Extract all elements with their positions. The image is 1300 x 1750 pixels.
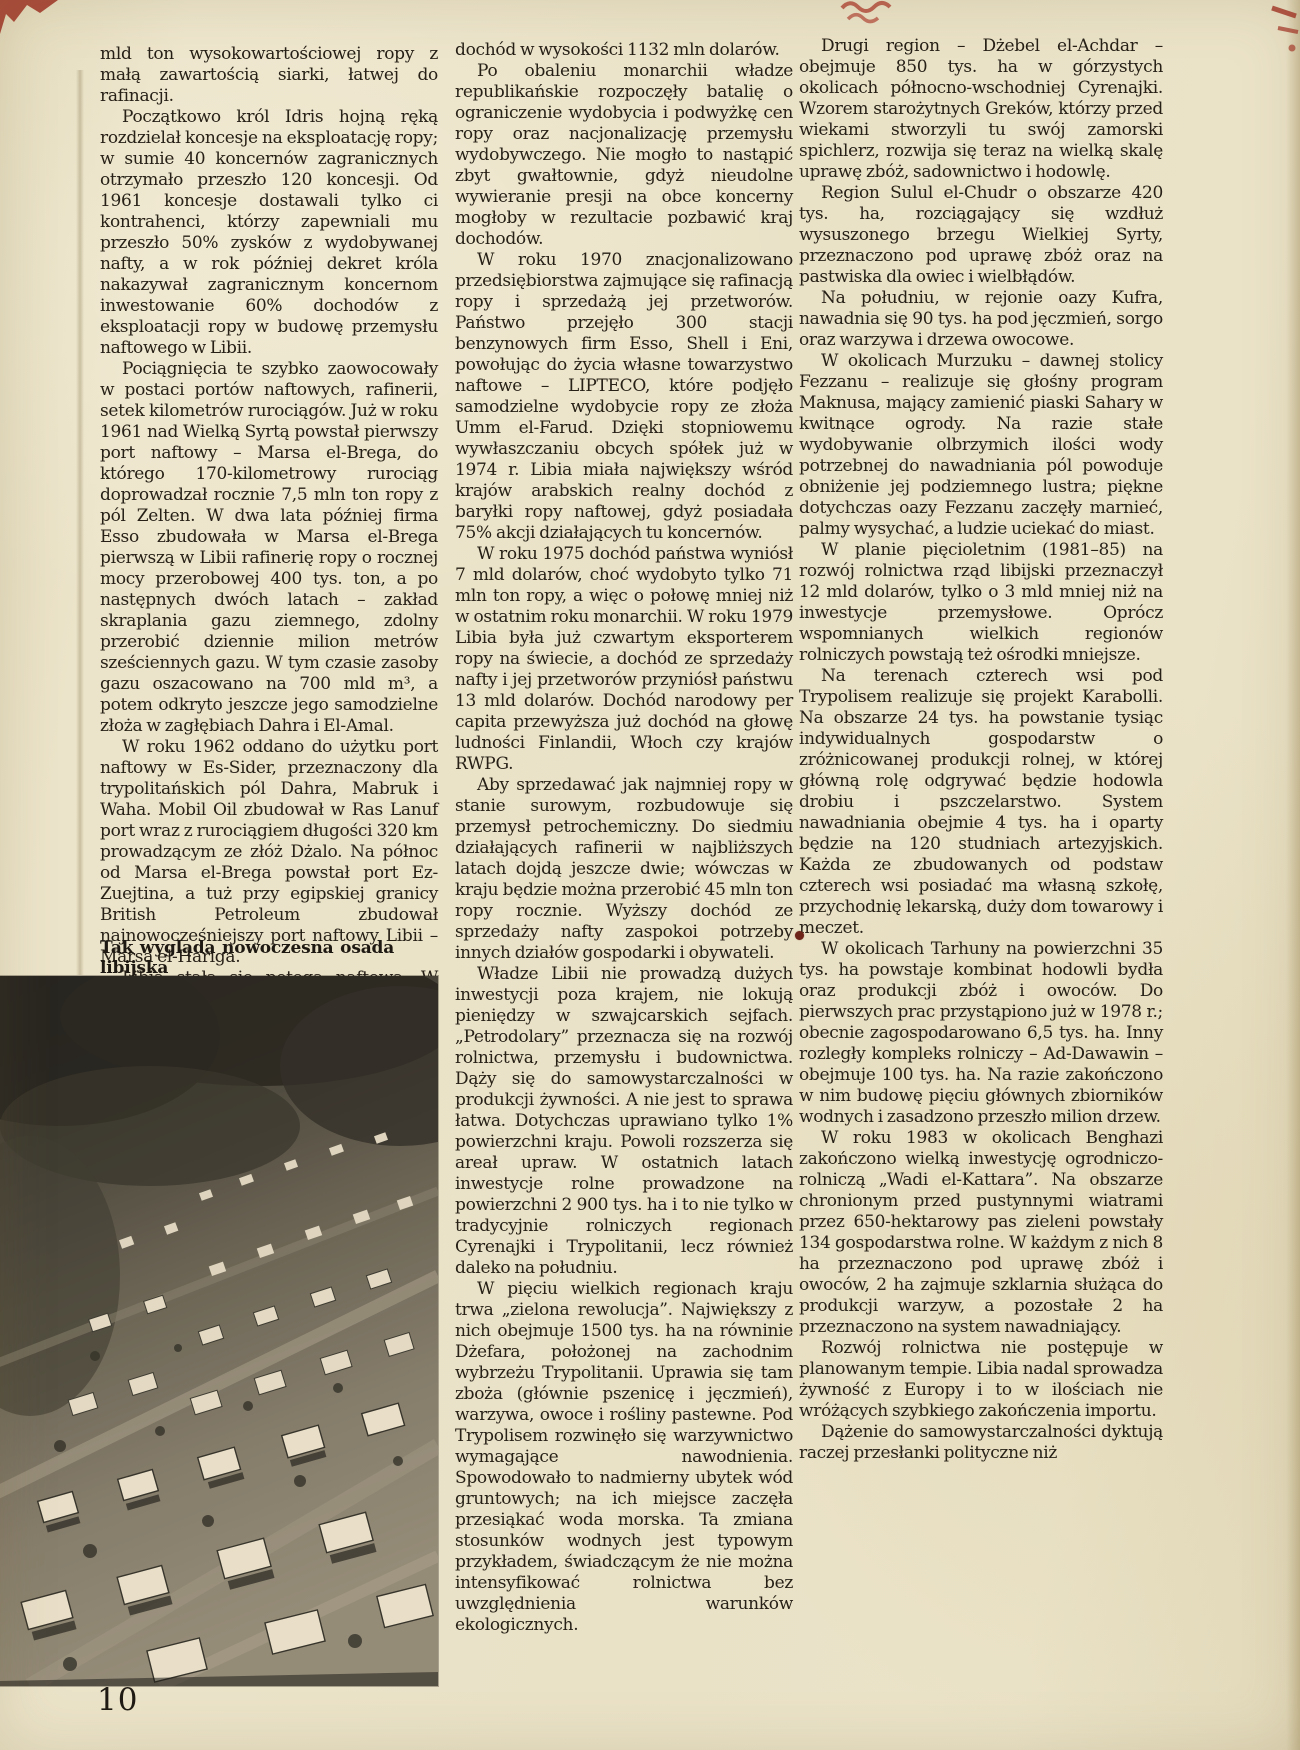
paragraph: Na terenach czterech wsi pod Trypolisem …: [799, 666, 1163, 939]
paragraph: mld ton wysokowartościowej ropy z małą z…: [100, 44, 438, 107]
red-bullet-mark: [795, 931, 804, 940]
column-3: Drugi region – Dżebel el-Achdar – obejmu…: [799, 36, 1163, 1464]
paragraph: dochód w wysokości 1132 mln dolarów.: [455, 40, 793, 61]
paragraph: Początkowo król Idris hojną ręką rozdzie…: [100, 107, 438, 359]
paragraph: W roku 1962 oddano do użytku port naftow…: [100, 737, 438, 968]
paragraph: Aby sprzedawać jak najmniej ropy w stani…: [455, 775, 793, 964]
paragraph: Drugi region – Dżebel el-Achdar – obejmu…: [799, 36, 1163, 183]
paragraph: Władze Libii nie prowadzą dużych inwesty…: [455, 964, 793, 1279]
red-corner-mark: [0, 0, 70, 46]
magazine-page: mld ton wysokowartościowej ropy z małą z…: [0, 0, 1300, 1750]
red-squiggle-mark: [838, 0, 902, 26]
settlement-photo-art: [0, 976, 438, 1686]
paragraph: W roku 1983 w okolicach Benghazi zakończ…: [799, 1128, 1163, 1338]
paragraph: Rozwój rolnictwa nie postępuje w planowa…: [799, 1338, 1163, 1422]
paragraph: W roku 1975 dochód państwa wyniósł 7 mld…: [455, 544, 793, 775]
paragraph: Po obaleniu monarchii władze republikańs…: [455, 61, 793, 250]
paragraph: Dążenie do samowystarczalności dyktują r…: [799, 1422, 1163, 1464]
column-2: dochód w wysokości 1132 mln dolarów.Po o…: [455, 40, 793, 1636]
column-1: mld ton wysokowartościowej ropy z małą z…: [100, 44, 438, 1052]
page-number: 10: [97, 1682, 138, 1718]
paragraph: Na południu, w rejonie oazy Kufra, nawad…: [799, 288, 1163, 351]
left-gutter-shadow: [76, 70, 84, 975]
paragraph: Pociągnięcia te szybko zaowocowały w pos…: [100, 359, 438, 737]
paragraph: W okolicach Tarhuny na powierzchni 35 ty…: [799, 939, 1163, 1128]
paragraph: W planie pięcioletnim (1981–85) na rozwó…: [799, 540, 1163, 666]
paragraph: Region Sulul el-Chudr o obszarze 420 tys…: [799, 183, 1163, 288]
settlement-photo: [0, 976, 438, 1686]
red-edge-marks: [1266, 2, 1300, 62]
paragraph: W roku 1970 znacjonalizowano przedsiębio…: [455, 250, 793, 544]
photo-caption: Tak wygląda nowoczesna osada libijska: [100, 938, 440, 978]
paragraph: W okolicach Murzuku – dawnej stolicy Fez…: [799, 351, 1163, 540]
right-edge-shadow: [1286, 0, 1300, 1750]
paragraph: W pięciu wielkich regionach kraju trwa „…: [455, 1279, 793, 1636]
